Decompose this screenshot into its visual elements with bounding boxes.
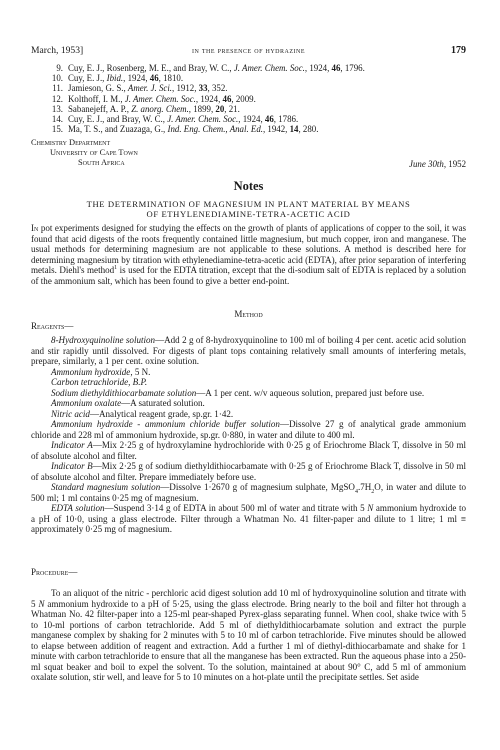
notes-heading: Notes (31, 179, 466, 194)
reagent-item: Ammonium oxalate—A saturated solution. (31, 398, 466, 409)
reagents-heading: Reagents— (31, 321, 73, 331)
running-title: IN THE PRESENCE OF HYDRAZINE (31, 46, 466, 55)
reagent-item: Nitric acid—Analytical reagent grade, sp… (31, 409, 466, 420)
reference-item: 9.Cuy, E. J., Rosenberg, M. E., and Bray… (43, 63, 463, 73)
reagent-item: Indicator B—Mix 2·25 g of sodium diethyl… (31, 461, 466, 482)
received-date: June 30th, 1952 (409, 159, 466, 169)
running-header: March, 1953] IN THE PRESENCE OF HYDRAZIN… (31, 45, 466, 59)
university: University of Cape Town (31, 148, 466, 158)
reagent-item: Indicator A—Mix 2·25 g of hydroxylamine … (31, 440, 466, 461)
reagent-item: Sodium diethyldithiocarbamate solution—A… (31, 388, 466, 399)
reference-item: 13.Sabanejeff, A. P., Z. anorg. Chem., 1… (43, 104, 463, 114)
department: Chemistry Department (31, 138, 466, 148)
country: South Africa (31, 158, 466, 168)
reagent-item: Ammonium hydroxide, 5 N. (31, 367, 466, 378)
reagent-item: Ammonium hydroxide - ammonium chloride b… (31, 419, 466, 440)
intro-paragraph: In pot experiments designed for studying… (31, 223, 466, 286)
reference-item: 12.Kolthoff, I. M., J. Amer. Chem. Soc.,… (43, 94, 463, 104)
article-title: THE DETERMINATION OF MAGNESIUM IN PLANT … (31, 199, 466, 220)
page-number: 179 (451, 45, 466, 56)
reagent-item: Carbon tetrachloride, B.P. (31, 377, 466, 388)
procedure-paragraph: To an aliquot of the nitric - perchloric… (31, 588, 466, 683)
reagent-item: Standard magnesium solution—Dissolve 1·2… (31, 482, 466, 503)
reagent-item: 8-Hydroxyquinoline solution—Add 2 g of 8… (31, 335, 466, 367)
reagents-list: 8-Hydroxyquinoline solution—Add 2 g of 8… (31, 335, 466, 535)
reference-item: 15.Ma, T. S., and Zuazaga, G., Ind. Eng.… (43, 124, 463, 134)
reference-item: 11.Jamieson, G. S., Amer. J. Sci., 1912,… (43, 83, 463, 93)
reference-item: 14.Cuy, E. J., and Bray, W. C., J. Amer.… (43, 114, 463, 124)
method-heading: Method (31, 309, 466, 319)
procedure-heading: Procedure— (31, 567, 77, 577)
reference-list: 9.Cuy, E. J., Rosenberg, M. E., and Bray… (43, 63, 463, 134)
author-affiliation: Chemistry Department University of Cape … (31, 138, 466, 169)
reagent-item: EDTA solution—Suspend 3·14 g of EDTA in … (31, 503, 466, 535)
reference-item: 10.Cuy, E. J., Ibid., 1924, 46, 1810. (43, 73, 463, 83)
